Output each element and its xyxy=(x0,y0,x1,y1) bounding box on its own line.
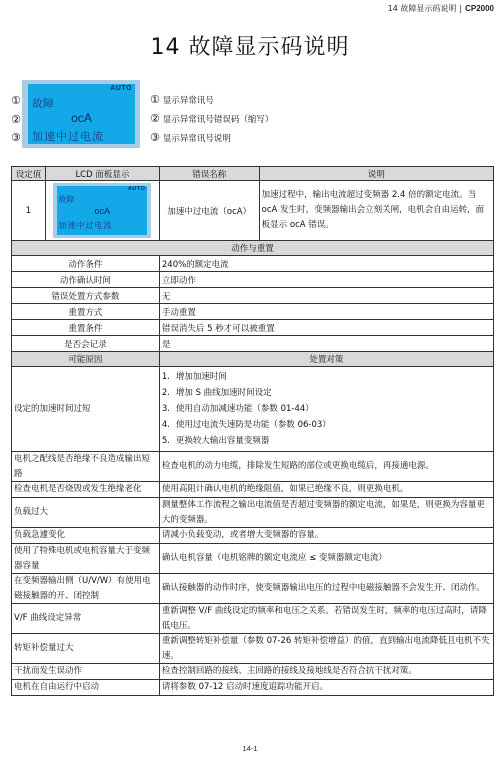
fix-cell: 确认电机容量（电机铭牌的额定电流应 ≤ 变频器额定电流） xyxy=(159,544,493,574)
running-header: 14 故障显示码说明|CP2000 xyxy=(388,3,494,14)
cause-header: 可能原因 xyxy=(12,352,160,367)
action-label: 重置方式 xyxy=(12,304,160,320)
cause-cell: 电机在自由运行中启动 xyxy=(12,680,160,696)
table-row: 电机之配线是否绝缘不良造成输出短路 检查电机的动力电缆，排除发生短路的部位或更换… xyxy=(12,452,494,482)
action-value: 错误消失后 5 秒才可以被重置 xyxy=(159,320,493,336)
action-label: 是否会记录 xyxy=(12,336,160,352)
fault-lcd-cell: AUTO 故障 ocA 加速中过电流 xyxy=(45,181,159,241)
action-value: 手动重置 xyxy=(159,304,493,320)
action-value: 立即动作 xyxy=(159,272,493,288)
action-section-title: 动作与重置 xyxy=(12,241,494,256)
action-value: 240%的额定电流 xyxy=(159,256,493,272)
legend-item: ②显示异常讯号错误码（缩写） xyxy=(150,109,273,128)
header-setting: 设定值 xyxy=(12,167,46,181)
action-label: 错误处置方式参数 xyxy=(12,288,160,304)
running-header-chapter: 14 故障显示码说明 xyxy=(388,4,457,13)
page-number: 14-1 xyxy=(0,744,500,753)
list-item: 4.使用过电流失速防是功能（参数 06-03） xyxy=(162,417,491,433)
fault-lcd-display: AUTO 故障 ocA 加速中过电流 xyxy=(53,183,151,238)
cause-cell: 转矩补偿量过大 xyxy=(12,634,160,664)
table-row: 使用了特殊电机或电机容量大于变频器容量 确认电机容量（电机铭牌的额定电流应 ≤ … xyxy=(12,544,494,574)
cause-cell: 负载过大 xyxy=(12,498,160,528)
legend-item: ①显示异常讯号 xyxy=(150,90,273,109)
action-value: 是 xyxy=(159,336,493,352)
fix-cell: 请减小负载变动，或者增大变频器的容量。 xyxy=(159,528,493,544)
action-value: 无 xyxy=(159,288,493,304)
running-header-model: CP2000 xyxy=(465,4,494,13)
fault-row: 1 AUTO 故障 ocA 加速中过电流 加速中过电流（ocA） 加速过程中，输… xyxy=(12,181,494,241)
header-error-name: 错误名称 xyxy=(159,167,259,181)
fault-name: 加速中过电流（ocA） xyxy=(159,181,259,241)
fix-cell: 确认接触器的动作时序，使变频器输出电压的过程中电磁接触器不会发生开、闭动作。 xyxy=(159,574,493,604)
table-row: 重置条件 错误消失后 5 秒才可以被重置 xyxy=(12,320,494,336)
cause-cell: 检查电机是否烧毁或发生绝缘老化 xyxy=(12,482,160,498)
table-row: 负载过大 测量整体工作流程之输出电流值是否超过变频器的额定电流，如果是，则更换为… xyxy=(12,498,494,528)
list-item: 5.更换较大输出容量变频器 xyxy=(162,433,491,449)
lcd-line-fault: 故障 xyxy=(32,95,54,111)
table-row: 在变频器输出侧（U/V/W）有使用电磁接触器的开、闭控制 确认接触器的动作时序，… xyxy=(12,574,494,604)
fix-header: 处置对策 xyxy=(159,352,493,367)
legend-list: ①显示异常讯号 ②显示异常讯号错误码（缩写） ③显示异常讯号说明 xyxy=(150,90,273,147)
lcd-screen: AUTO 故障 ocA 加速中过电流 xyxy=(28,84,135,144)
marker-3: ③ xyxy=(11,131,21,144)
table-header-row: 设定值 LCD 面板显示 错误名称 说明 xyxy=(12,167,494,181)
legend-item: ③显示异常讯号说明 xyxy=(150,128,273,147)
section-row: 动作与重置 xyxy=(12,241,494,256)
cause-cell: 在变频器输出侧（U/V/W）有使用电磁接触器的开、闭控制 xyxy=(12,574,160,604)
table-row: 转矩补偿量过大 重新调整转矩补偿量（参数 07-26 转矩补偿增益）的值，直到输… xyxy=(12,634,494,664)
table-row: 错误处置方式参数 无 xyxy=(12,288,494,304)
list-item: 2.增加 S 曲线加速时间设定 xyxy=(162,385,491,401)
table-row: V/F 曲线设定异常 重新调整 V/F 曲线设定的频率和电压之关系。若错误发生时… xyxy=(12,604,494,634)
cause-cell: 电机之配线是否绝缘不良造成输出短路 xyxy=(12,452,160,482)
running-header-separator: | xyxy=(459,4,462,13)
fault-description: 加速过程中，输出电流超过变频器 2.4 倍的额定电流。当 ocA 发生时，变频器… xyxy=(259,181,493,241)
fix-cell: 使用高阻计确认电机的绝缘阻值，如果已绝缘不良，则更换电机。 xyxy=(159,482,493,498)
table-row: 是否会记录 是 xyxy=(12,336,494,352)
action-label: 动作条件 xyxy=(12,256,160,272)
header-lcd: LCD 面板显示 xyxy=(45,167,159,181)
list-item: 1.增加加速时间 xyxy=(162,369,491,385)
table-row: 干扰而发生误动作 检查控制回路的接线、主回路的接线及接地线是否符合抗干扰对策。 xyxy=(12,664,494,680)
lcd-auto-label: AUTO xyxy=(128,186,145,192)
lcd-legend-display: AUTO 故障 ocA 加速中过电流 xyxy=(22,80,140,148)
table-row: 重置方式 手动重置 xyxy=(12,304,494,320)
cause-cell: V/F 曲线设定异常 xyxy=(12,604,160,634)
marker-2: ② xyxy=(11,113,21,126)
fault-table: 设定值 LCD 面板显示 错误名称 说明 1 AUTO 故障 ocA 加速中过电… xyxy=(11,166,494,696)
cause-cell: 干扰而发生误动作 xyxy=(12,664,160,680)
fix-cell: 测量整体工作流程之输出电流值是否超过变频器的额定电流，如果是，则更换为容量更大的… xyxy=(159,498,493,528)
fix-cell: 重新调整转矩补偿量（参数 07-26 转矩补偿增益）的值，直到输出电流降低且电机… xyxy=(159,634,493,664)
measure-list: 1.增加加速时间 2.增加 S 曲线加速时间设定 3.使用自动加减速功能（参数 … xyxy=(162,369,491,449)
action-label: 动作确认时间 xyxy=(12,272,160,288)
lcd-line-description: 加速中过电流 xyxy=(58,220,112,231)
page-title: 14 故障显示码说明 xyxy=(0,30,500,61)
lcd-line-fault: 故障 xyxy=(58,194,74,205)
cause-header-row: 可能原因 处置对策 xyxy=(12,352,494,367)
table-row: 动作确认时间 立即动作 xyxy=(12,272,494,288)
marker-1: ① xyxy=(11,94,21,107)
cause-cell: 设定的加速时间过短 xyxy=(12,367,160,452)
table-row: 电机在自由运行中启动 请将参数 07-12 启动时速度追踪功能开启。 xyxy=(12,680,494,696)
fix-cell: 重新调整 V/F 曲线设定的频率和电压之关系。若错误发生时，频率的电压过高时，请… xyxy=(159,604,493,634)
header-description: 说明 xyxy=(259,167,493,181)
cause-cell: 负载急遽变化 xyxy=(12,528,160,544)
table-row: 动作条件 240%的额定电流 xyxy=(12,256,494,272)
fix-cell: 1.增加加速时间 2.增加 S 曲线加速时间设定 3.使用自动加减速功能（参数 … xyxy=(159,367,493,452)
lcd-line-description: 加速中过电流 xyxy=(32,128,104,144)
fix-cell: 检查控制回路的接线、主回路的接线及接地线是否符合抗干扰对策。 xyxy=(159,664,493,680)
fix-cell: 检查电机的动力电缆，排除发生短路的部位或更换电缆后，再接通电源。 xyxy=(159,452,493,482)
table-row: 设定的加速时间过短 1.增加加速时间 2.增加 S 曲线加速时间设定 3.使用自… xyxy=(12,367,494,452)
lcd-line-code: ocA xyxy=(28,111,135,125)
lcd-auto-label: AUTO xyxy=(110,85,132,92)
table-row: 检查电机是否烧毁或发生绝缘老化 使用高阻计确认电机的绝缘阻值，如果已绝缘不良，则… xyxy=(12,482,494,498)
lcd-line-code: ocA xyxy=(57,206,147,216)
fault-setting: 1 xyxy=(12,181,46,241)
table-row: 负载急遽变化 请减小负载变动，或者增大变频器的容量。 xyxy=(12,528,494,544)
fix-cell: 请将参数 07-12 启动时速度追踪功能开启。 xyxy=(159,680,493,696)
action-label: 重置条件 xyxy=(12,320,160,336)
list-item: 3.使用自动加减速功能（参数 01-44） xyxy=(162,401,491,417)
cause-cell: 使用了特殊电机或电机容量大于变频器容量 xyxy=(12,544,160,574)
